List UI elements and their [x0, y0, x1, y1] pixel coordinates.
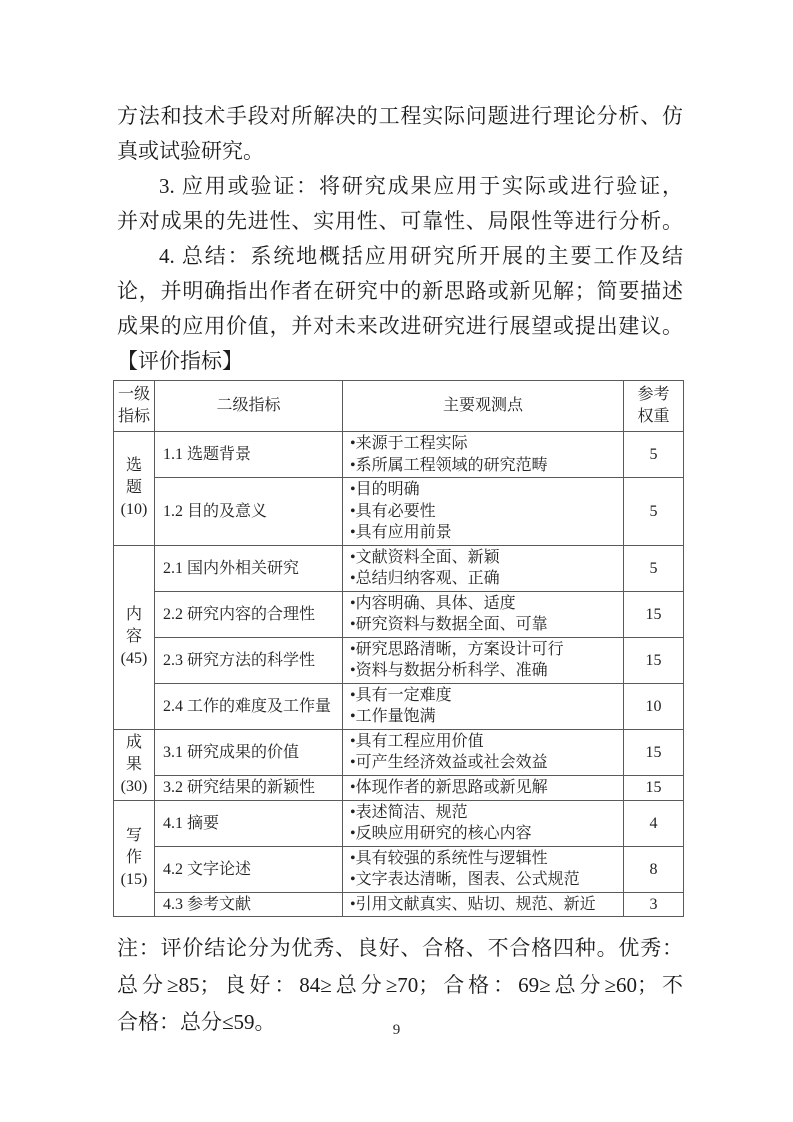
page-number: 9 [0, 1022, 793, 1039]
point-line: •具有工程应用价值 [350, 731, 621, 753]
point-line: •反映应用研究的核心内容 [350, 823, 621, 845]
indicator-cell: 2.1 国内外相关研究 [155, 545, 343, 591]
table-row: 内 容 (45)2.1 国内外相关研究•文献资料全面、新颖•总结归纳客观、正确5 [114, 545, 684, 591]
body-line: 3. 应用或验证：将研究成果应用于实际或进行验证， [117, 169, 683, 204]
table-row: 3.2 研究结果的新颖性•体现作者的新思路或新见解15 [114, 775, 684, 800]
points-cell: •具有一定难度•工作量饱满 [343, 683, 624, 729]
note-line: 注：评价结论分为优秀、良好、合格、不合格四种。优秀： [117, 930, 683, 967]
points-cell: •体现作者的新思路或新见解 [343, 775, 624, 800]
points-cell: •文献资料全面、新颖•总结归纳客观、正确 [343, 545, 624, 591]
point-line: •工作量饱满 [350, 706, 621, 728]
group-cell: 选 题 (10) [114, 432, 155, 546]
table-row: 2.3 研究方法的科学性•研究思路清晰，方案设计可行•资料与数据分析科学、准确1… [114, 637, 684, 683]
indicator-cell: 3.2 研究结果的新颖性 [155, 775, 343, 800]
indicator-cell: 4.3 参考文献 [155, 892, 343, 917]
evaluation-table: 一级 指标 二级指标 主要观测点 参考 权重 选 题 (10)1.1 选题背景•… [113, 380, 684, 917]
table-row: 2.2 研究内容的合理性•内容明确、具体、适度•研究资料与数据全面、可靠15 [114, 591, 684, 637]
indicator-cell: 2.3 研究方法的科学性 [155, 637, 343, 683]
point-line: •系所属工程领域的研究范畴 [350, 455, 621, 477]
weight-cell: 15 [624, 775, 684, 800]
weight-cell: 15 [624, 729, 684, 775]
table-row: 写 作 (15)4.1 摘要•表述简洁、规范•反映应用研究的核心内容4 [114, 800, 684, 846]
indicator-cell: 2.4 工作的难度及工作量 [155, 683, 343, 729]
body-line: 方法和技术手段对所解决的工程实际问题进行理论分析、仿 [117, 99, 683, 134]
points-cell: •引用文献真实、贴切、规范、新近 [343, 892, 624, 917]
body-line: 并对成果的先进性、实用性、可靠性、局限性等进行分析。 [117, 204, 683, 239]
weight-cell: 5 [624, 478, 684, 546]
note-line: 总分≥85；良好：84≥总分≥70；合格：69≥总分≥60；不 [117, 967, 683, 1004]
table-row: 1.2 目的及意义•目的明确•具有必要性•具有应用前景5 [114, 478, 684, 546]
weight-cell: 5 [624, 545, 684, 591]
table-row: 选 题 (10)1.1 选题背景•来源于工程实际•系所属工程领域的研究范畴5 [114, 432, 684, 478]
weight-cell: 5 [624, 432, 684, 478]
points-cell: •具有较强的系统性与逻辑性•文字表达清晰，图表、公式规范 [343, 846, 624, 892]
table-row: 成 果 (30)3.1 研究成果的价值•具有工程应用价值•可产生经济效益或社会效… [114, 729, 684, 775]
indicator-cell: 4.1 摘要 [155, 800, 343, 846]
weight-cell: 8 [624, 846, 684, 892]
points-cell: •具有工程应用价值•可产生经济效益或社会效益 [343, 729, 624, 775]
weight-cell: 15 [624, 591, 684, 637]
point-line: •具有应用前景 [350, 522, 621, 544]
table-row: 4.3 参考文献•引用文献真实、贴切、规范、新近3 [114, 892, 684, 917]
point-line: •资料与数据分析科学、准确 [350, 660, 621, 682]
point-line: •具有必要性 [350, 501, 621, 523]
point-line: •目的明确 [350, 479, 621, 501]
point-line: •研究思路清晰，方案设计可行 [350, 639, 621, 661]
points-cell: •内容明确、具体、适度•研究资料与数据全面、可靠 [343, 591, 624, 637]
points-cell: •研究思路清晰，方案设计可行•资料与数据分析科学、准确 [343, 637, 624, 683]
point-line: •研究资料与数据全面、可靠 [350, 614, 621, 636]
indicator-cell: 1.2 目的及意义 [155, 478, 343, 546]
point-line: •总结归纳客观、正确 [350, 568, 621, 590]
point-line: •表述简洁、规范 [350, 802, 621, 824]
weight-cell: 15 [624, 637, 684, 683]
point-line: •文字表达清晰，图表、公式规范 [350, 869, 621, 891]
group-cell: 写 作 (15) [114, 800, 155, 917]
body-line: 真或试验研究。 [117, 134, 683, 169]
point-line: •体现作者的新思路或新见解 [350, 777, 621, 799]
points-cell: •来源于工程实际•系所属工程领域的研究范畴 [343, 432, 624, 478]
indicator-cell: 2.2 研究内容的合理性 [155, 591, 343, 637]
header-level1-indicator: 一级 指标 [114, 381, 155, 432]
point-line: •来源于工程实际 [350, 433, 621, 455]
group-cell: 内 容 (45) [114, 545, 155, 729]
table-row: 2.4 工作的难度及工作量•具有一定难度•工作量饱满10 [114, 683, 684, 729]
point-line: •引用文献真实、贴切、规范、新近 [350, 894, 621, 916]
body-line: 成果的应用价值，并对未来改进研究进行展望或提出建议。 [117, 309, 683, 344]
header-reference-weight: 参考 权重 [624, 381, 684, 432]
indicator-cell: 1.1 选题背景 [155, 432, 343, 478]
body-line: 4. 总结：系统地概括应用研究所开展的主要工作及结 [117, 239, 683, 274]
group-cell: 成 果 (30) [114, 729, 155, 800]
table-row: 4.2 文字论述•具有较强的系统性与逻辑性•文字表达清晰，图表、公式规范8 [114, 846, 684, 892]
indicator-cell: 3.1 研究成果的价值 [155, 729, 343, 775]
indicator-cell: 4.2 文字论述 [155, 846, 343, 892]
page-content: 方法和技术手段对所解决的工程实际问题进行理论分析、仿真或试验研究。3. 应用或验… [117, 99, 683, 1041]
header-level2-indicator: 二级指标 [155, 381, 343, 432]
weight-cell: 4 [624, 800, 684, 846]
header-observation-points: 主要观测点 [343, 381, 624, 432]
section-heading: 【评价指标】 [117, 344, 683, 377]
point-line: •可产生经济效益或社会效益 [350, 752, 621, 774]
body-line: 论，并明确指出作者在研究中的新思路或新见解；简要描述 [117, 274, 683, 309]
table-header-row: 一级 指标 二级指标 主要观测点 参考 权重 [114, 381, 684, 432]
weight-cell: 3 [624, 892, 684, 917]
points-cell: •目的明确•具有必要性•具有应用前景 [343, 478, 624, 546]
points-cell: •表述简洁、规范•反映应用研究的核心内容 [343, 800, 624, 846]
point-line: •内容明确、具体、适度 [350, 593, 621, 615]
point-line: •具有一定难度 [350, 685, 621, 707]
weight-cell: 10 [624, 683, 684, 729]
document-page: 方法和技术手段对所解决的工程实际问题进行理论分析、仿真或试验研究。3. 应用或验… [0, 0, 793, 1122]
point-line: •具有较强的系统性与逻辑性 [350, 848, 621, 870]
point-line: •文献资料全面、新颖 [350, 547, 621, 569]
body-paragraphs: 方法和技术手段对所解决的工程实际问题进行理论分析、仿真或试验研究。3. 应用或验… [117, 99, 683, 344]
